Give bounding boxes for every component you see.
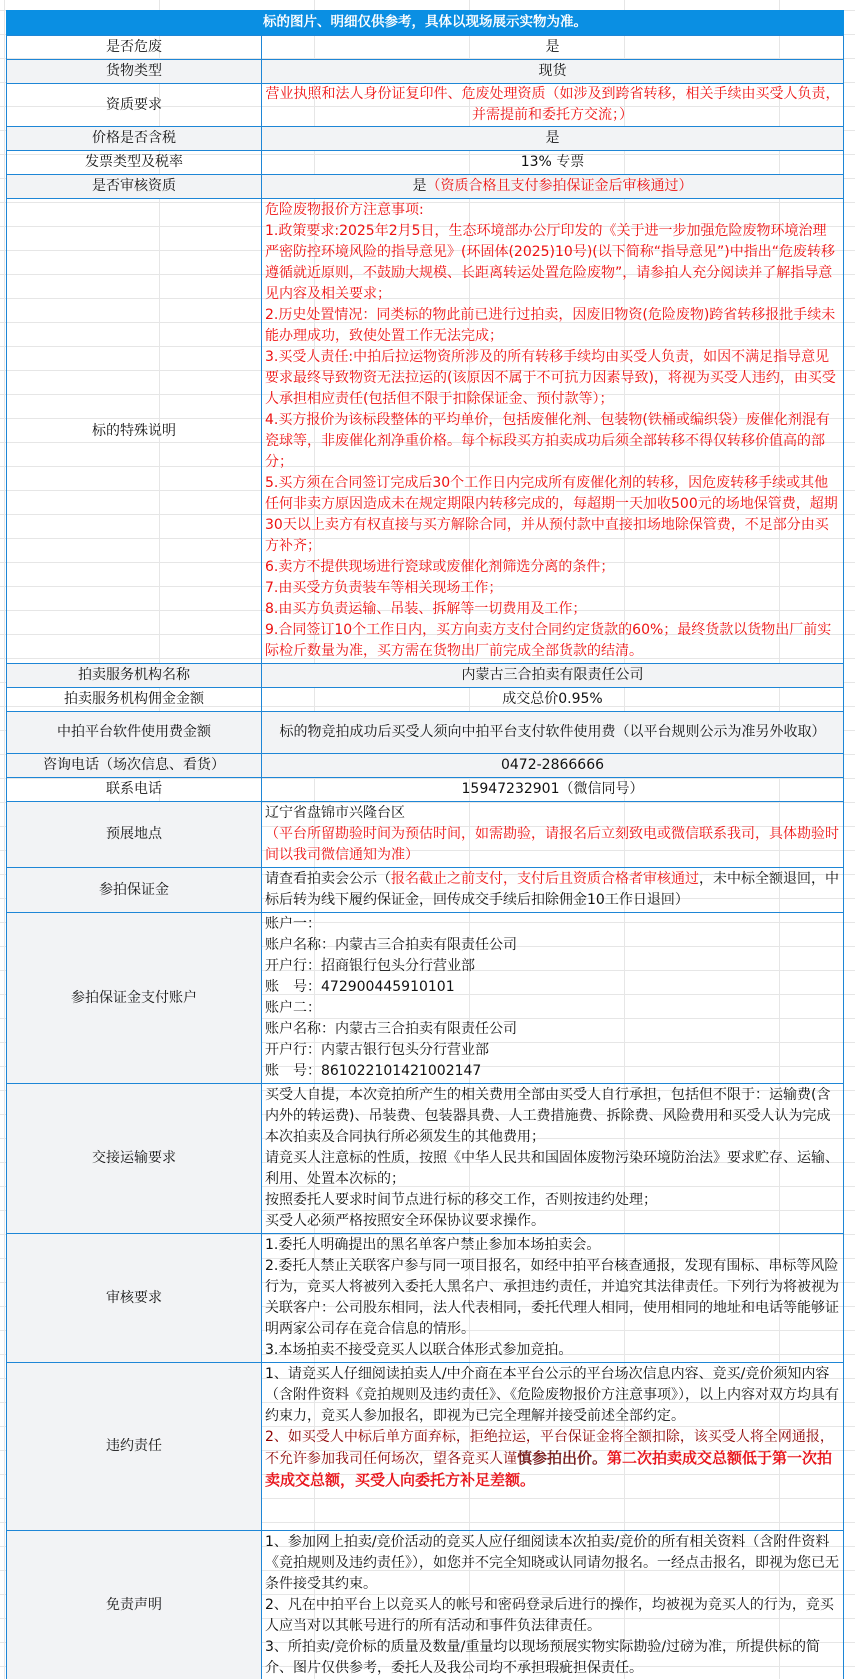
row-hazardous: 是否危废 是 — [7, 36, 844, 60]
special-item-1: 1.政策要求:2025年2月5日，生态环境部办公厅印发的《关于进一步加强危险废物… — [265, 221, 840, 305]
account-2-number: 账 号：861022101421002147 — [265, 1061, 840, 1082]
account-2-bank: 开户行：内蒙古银行包头分行营业部 — [265, 1040, 840, 1061]
label-invoice: 发票类型及税率 — [7, 151, 262, 175]
deposit-prefix: 请查看拍卖会公示（ — [265, 871, 391, 887]
special-item-7: 7.由买受方负责装车等相关现场工作； — [265, 578, 840, 599]
account-1-name: 账户名称：内蒙古三合拍卖有限责任公司 — [265, 935, 840, 956]
value-breach: 1、请竞买人仔细阅读拍卖人/中介商在本平台公示的平台场次信息内容、竞买/竞价须知… — [262, 1363, 844, 1531]
breach-item-2-caution: 慎参拍出价。 — [517, 1449, 607, 1467]
disclaimer-item-3: 3、所拍卖/竞价标的质量及数量/重量均以现场预展实物实际勘验/过磅为准，所提供标… — [265, 1637, 840, 1679]
special-item-3: 3.买受人责任:中拍后拉运物资所涉及的所有转移手续均由买受人负责，如因不满足指导… — [265, 347, 840, 410]
row-audit: 是否审核资质 是（资质合格且支付参拍保证金后审核通过） — [7, 175, 844, 199]
row-invoice: 发票类型及税率 13% 专票 — [7, 151, 844, 175]
label-breach: 违约责任 — [7, 1363, 262, 1531]
row-deposit-accounts: 参拍保证金支付账户 账户一： 账户名称：内蒙古三合拍卖有限责任公司 开户行：招商… — [7, 913, 844, 1084]
label-consult-phone: 咨询电话（场次信息、看货） — [7, 754, 262, 778]
special-item-2: 2.历史处置情况：同类标的物此前已进行过拍卖，因废旧物资(危险废物)跨省转移报批… — [265, 305, 840, 347]
label-special-notes: 标的特殊说明 — [7, 199, 262, 664]
breach-item-2: 2、如买受人中标后单方面弃标，拒绝拉运，平台保证金将全额扣除，该买受人将全网通报… — [265, 1427, 840, 1492]
value-tax-included: 是 — [262, 127, 844, 151]
deposit-condition: 报名截止之前支付，支付后且资质合格者审核通过 — [391, 871, 699, 887]
value-invoice: 13% 专票 — [262, 151, 844, 175]
account-1-heading: 账户一： — [265, 914, 840, 935]
value-deposit: 请查看拍卖会公示（报名截止之前支付，支付后且资质合格者审核通过，未中标全额退回，… — [262, 868, 844, 913]
review-item-1: 1.委托人明确提出的黑名单客户禁止参加本场拍卖会。 — [265, 1235, 840, 1256]
disclaimer-item-1: 1、参加网上拍卖/竞价活动的竞买人应仔细阅读本次拍卖/竞价的所有相关资料（含附件… — [265, 1532, 840, 1595]
value-special-notes: 危险废物报价方注意事项: 1.政策要求:2025年2月5日，生态环境部办公厅印发… — [262, 199, 844, 664]
review-item-3: 3.本场拍卖不接受竞买人以联合体形式参加竞拍。 — [265, 1340, 840, 1361]
preview-address: 辽宁省盘锦市兴隆台区 — [265, 803, 840, 824]
account-1-bank: 开户行：招商银行包头分行营业部 — [265, 956, 840, 977]
label-commission: 拍卖服务机构佣金金额 — [7, 688, 262, 712]
value-agency-name: 内蒙古三合拍卖有限责任公司 — [262, 664, 844, 688]
value-handover: 买受人自提，本次竞拍所产生的相关费用全部由买受人自行承担，包括但不限于：运输费(… — [262, 1084, 844, 1234]
value-platform-fee: 标的物竞拍成功后买受人须向中拍平台支付软件使用费（以平台规则公示为准另外收取） — [262, 712, 844, 754]
account-1-number: 账 号：472900445910101 — [265, 977, 840, 998]
value-audit: 是（资质合格且支付参拍保证金后审核通过） — [262, 175, 844, 199]
review-item-2: 2.委托人禁止关联客户参与同一项目报名，如经中拍平台核查通报，发现有围标、串标等… — [265, 1256, 840, 1340]
value-goods-type: 现货 — [262, 60, 844, 84]
row-deposit: 参拍保证金 请查看拍卖会公示（报名截止之前支付，支付后且资质合格者审核通过，未中… — [7, 868, 844, 913]
disclaimer-item-2: 2、凡在中拍平台上以竞买人的帐号和密码登录后进行的操作，均被视为竞买人的行为，竞… — [265, 1595, 840, 1637]
row-tax-included: 价格是否含税 是 — [7, 127, 844, 151]
handover-item-1: 买受人自提，本次竞拍所产生的相关费用全部由买受人自行承担，包括但不限于：运输费(… — [265, 1085, 840, 1148]
value-preview-location: 辽宁省盘锦市兴隆台区 （平台所留勘验时间为预估时间，如需勘验，请报名后立刻致电或… — [262, 802, 844, 868]
label-contact-phone: 联系电话 — [7, 778, 262, 802]
row-commission: 拍卖服务机构佣金金额 成交总价0.95% — [7, 688, 844, 712]
special-item-4: 4.买方报价为该标段整体的平均单价，包括废催化剂、包装物(铁桶或编织袋）废催化剂… — [265, 410, 840, 473]
account-2-heading: 账户二： — [265, 998, 840, 1019]
label-disclaimer: 免责声明 — [7, 1531, 262, 1679]
special-item-8: 8.由买方负责运输、吊装、拆解等一切费用及工作； — [265, 599, 840, 620]
label-qualification: 资质要求 — [7, 84, 262, 127]
value-disclaimer: 1、参加网上拍卖/竞价活动的竞买人应仔细阅读本次拍卖/竞价的所有相关资料（含附件… — [262, 1531, 844, 1679]
label-preview-location: 预展地点 — [7, 802, 262, 868]
label-review: 审核要求 — [7, 1234, 262, 1363]
handover-item-2: 请竞买人注意标的性质，按照《中华人民共和国固体废物污染环境防治法》要求贮存、运输… — [265, 1148, 840, 1190]
value-hazardous: 是 — [262, 36, 844, 60]
preview-note: （平台所留勘验时间为预估时间，如需勘验，请报名后立刻致电或微信联系我司，具体勘验… — [265, 824, 840, 866]
row-special-notes: 标的特殊说明 危险废物报价方注意事项: 1.政策要求:2025年2月5日，生态环… — [7, 199, 844, 664]
label-goods-type: 货物类型 — [7, 60, 262, 84]
special-title: 危险废物报价方注意事项: — [265, 200, 840, 221]
row-consult-phone: 咨询电话（场次信息、看货） 0472-2866666 — [7, 754, 844, 778]
row-qualification: 资质要求 营业执照和法人身份证复印件、危废处理资质（如涉及到跨省转移，相关手续由… — [7, 84, 844, 127]
audit-condition: （资质合格且支付参拍保证金后审核通过） — [427, 178, 693, 194]
banner-notice: 标的图片、明细仅供参考，具体以现场展示实物为准。 — [6, 10, 844, 35]
value-contact-phone: 15947232901（微信同号） — [262, 778, 844, 802]
handover-item-4: 买受人必须严格按照安全环保协议要求操作。 — [265, 1211, 840, 1232]
label-tax-included: 价格是否含税 — [7, 127, 262, 151]
value-consult-phone: 0472-2866666 — [262, 754, 844, 778]
row-platform-fee: 中拍平台软件使用费金额 标的物竞拍成功后买受人须向中拍平台支付软件使用费（以平台… — [7, 712, 844, 754]
label-deposit: 参拍保证金 — [7, 868, 262, 913]
row-review: 审核要求 1.委托人明确提出的黑名单客户禁止参加本场拍卖会。 2.委托人禁止关联… — [7, 1234, 844, 1363]
label-agency-name: 拍卖服务机构名称 — [7, 664, 262, 688]
value-commission: 成交总价0.95% — [262, 688, 844, 712]
row-handover: 交接运输要求 买受人自提，本次竞拍所产生的相关费用全部由买受人自行承担，包括但不… — [7, 1084, 844, 1234]
row-disclaimer: 免责声明 1、参加网上拍卖/竞价活动的竞买人应仔细阅读本次拍卖/竞价的所有相关资… — [7, 1531, 844, 1679]
row-goods-type: 货物类型 现货 — [7, 60, 844, 84]
label-audit: 是否审核资质 — [7, 175, 262, 199]
row-agency-name: 拍卖服务机构名称 内蒙古三合拍卖有限责任公司 — [7, 664, 844, 688]
special-item-9: 9.合同签订10个工作日内，买方向卖方支付合同约定货款的60%；最终货款以货物出… — [265, 620, 840, 662]
row-contact-phone: 联系电话 15947232901（微信同号） — [7, 778, 844, 802]
value-qualification: 营业执照和法人身份证复印件、危废处理资质（如涉及到跨省转移，相关手续由买受人负责… — [262, 84, 844, 127]
label-handover: 交接运输要求 — [7, 1084, 262, 1234]
special-item-6: 6.卖方不提供现场进行瓷球或废催化剂筛选分离的条件； — [265, 557, 840, 578]
handover-item-3: 按照委托人要求时间节点进行标的移交工作，否则按违约处理； — [265, 1190, 840, 1211]
label-deposit-accounts: 参拍保证金支付账户 — [7, 913, 262, 1084]
breach-item-1: 1、请竞买人仔细阅读拍卖人/中介商在本平台公示的平台场次信息内容、竞买/竞价须知… — [265, 1364, 840, 1427]
value-deposit-accounts: 账户一： 账户名称：内蒙古三合拍卖有限责任公司 开户行：招商银行包头分行营业部 … — [262, 913, 844, 1084]
info-table: 是否危废 是 货物类型 现货 资质要求 营业执照和法人身份证复印件、危废处理资质… — [6, 35, 844, 1679]
label-hazardous: 是否危废 — [7, 36, 262, 60]
special-item-5: 5.买方须在合同签订完成后30个工作日内完成所有废催化剂的转移，因危废转移手续或… — [265, 473, 840, 557]
auction-info-sheet: 标的图片、明细仅供参考，具体以现场展示实物为准。 是否危废 是 货物类型 现货 … — [6, 10, 844, 1679]
row-breach: 违约责任 1、请竞买人仔细阅读拍卖人/中介商在本平台公示的平台场次信息内容、竞买… — [7, 1363, 844, 1531]
value-review: 1.委托人明确提出的黑名单客户禁止参加本场拍卖会。 2.委托人禁止关联客户参与同… — [262, 1234, 844, 1363]
row-preview-location: 预展地点 辽宁省盘锦市兴隆台区 （平台所留勘验时间为预估时间，如需勘验，请报名后… — [7, 802, 844, 868]
account-2-name: 账户名称：内蒙古三合拍卖有限责任公司 — [265, 1019, 840, 1040]
audit-yes: 是 — [413, 178, 427, 194]
label-platform-fee: 中拍平台软件使用费金额 — [7, 712, 262, 754]
